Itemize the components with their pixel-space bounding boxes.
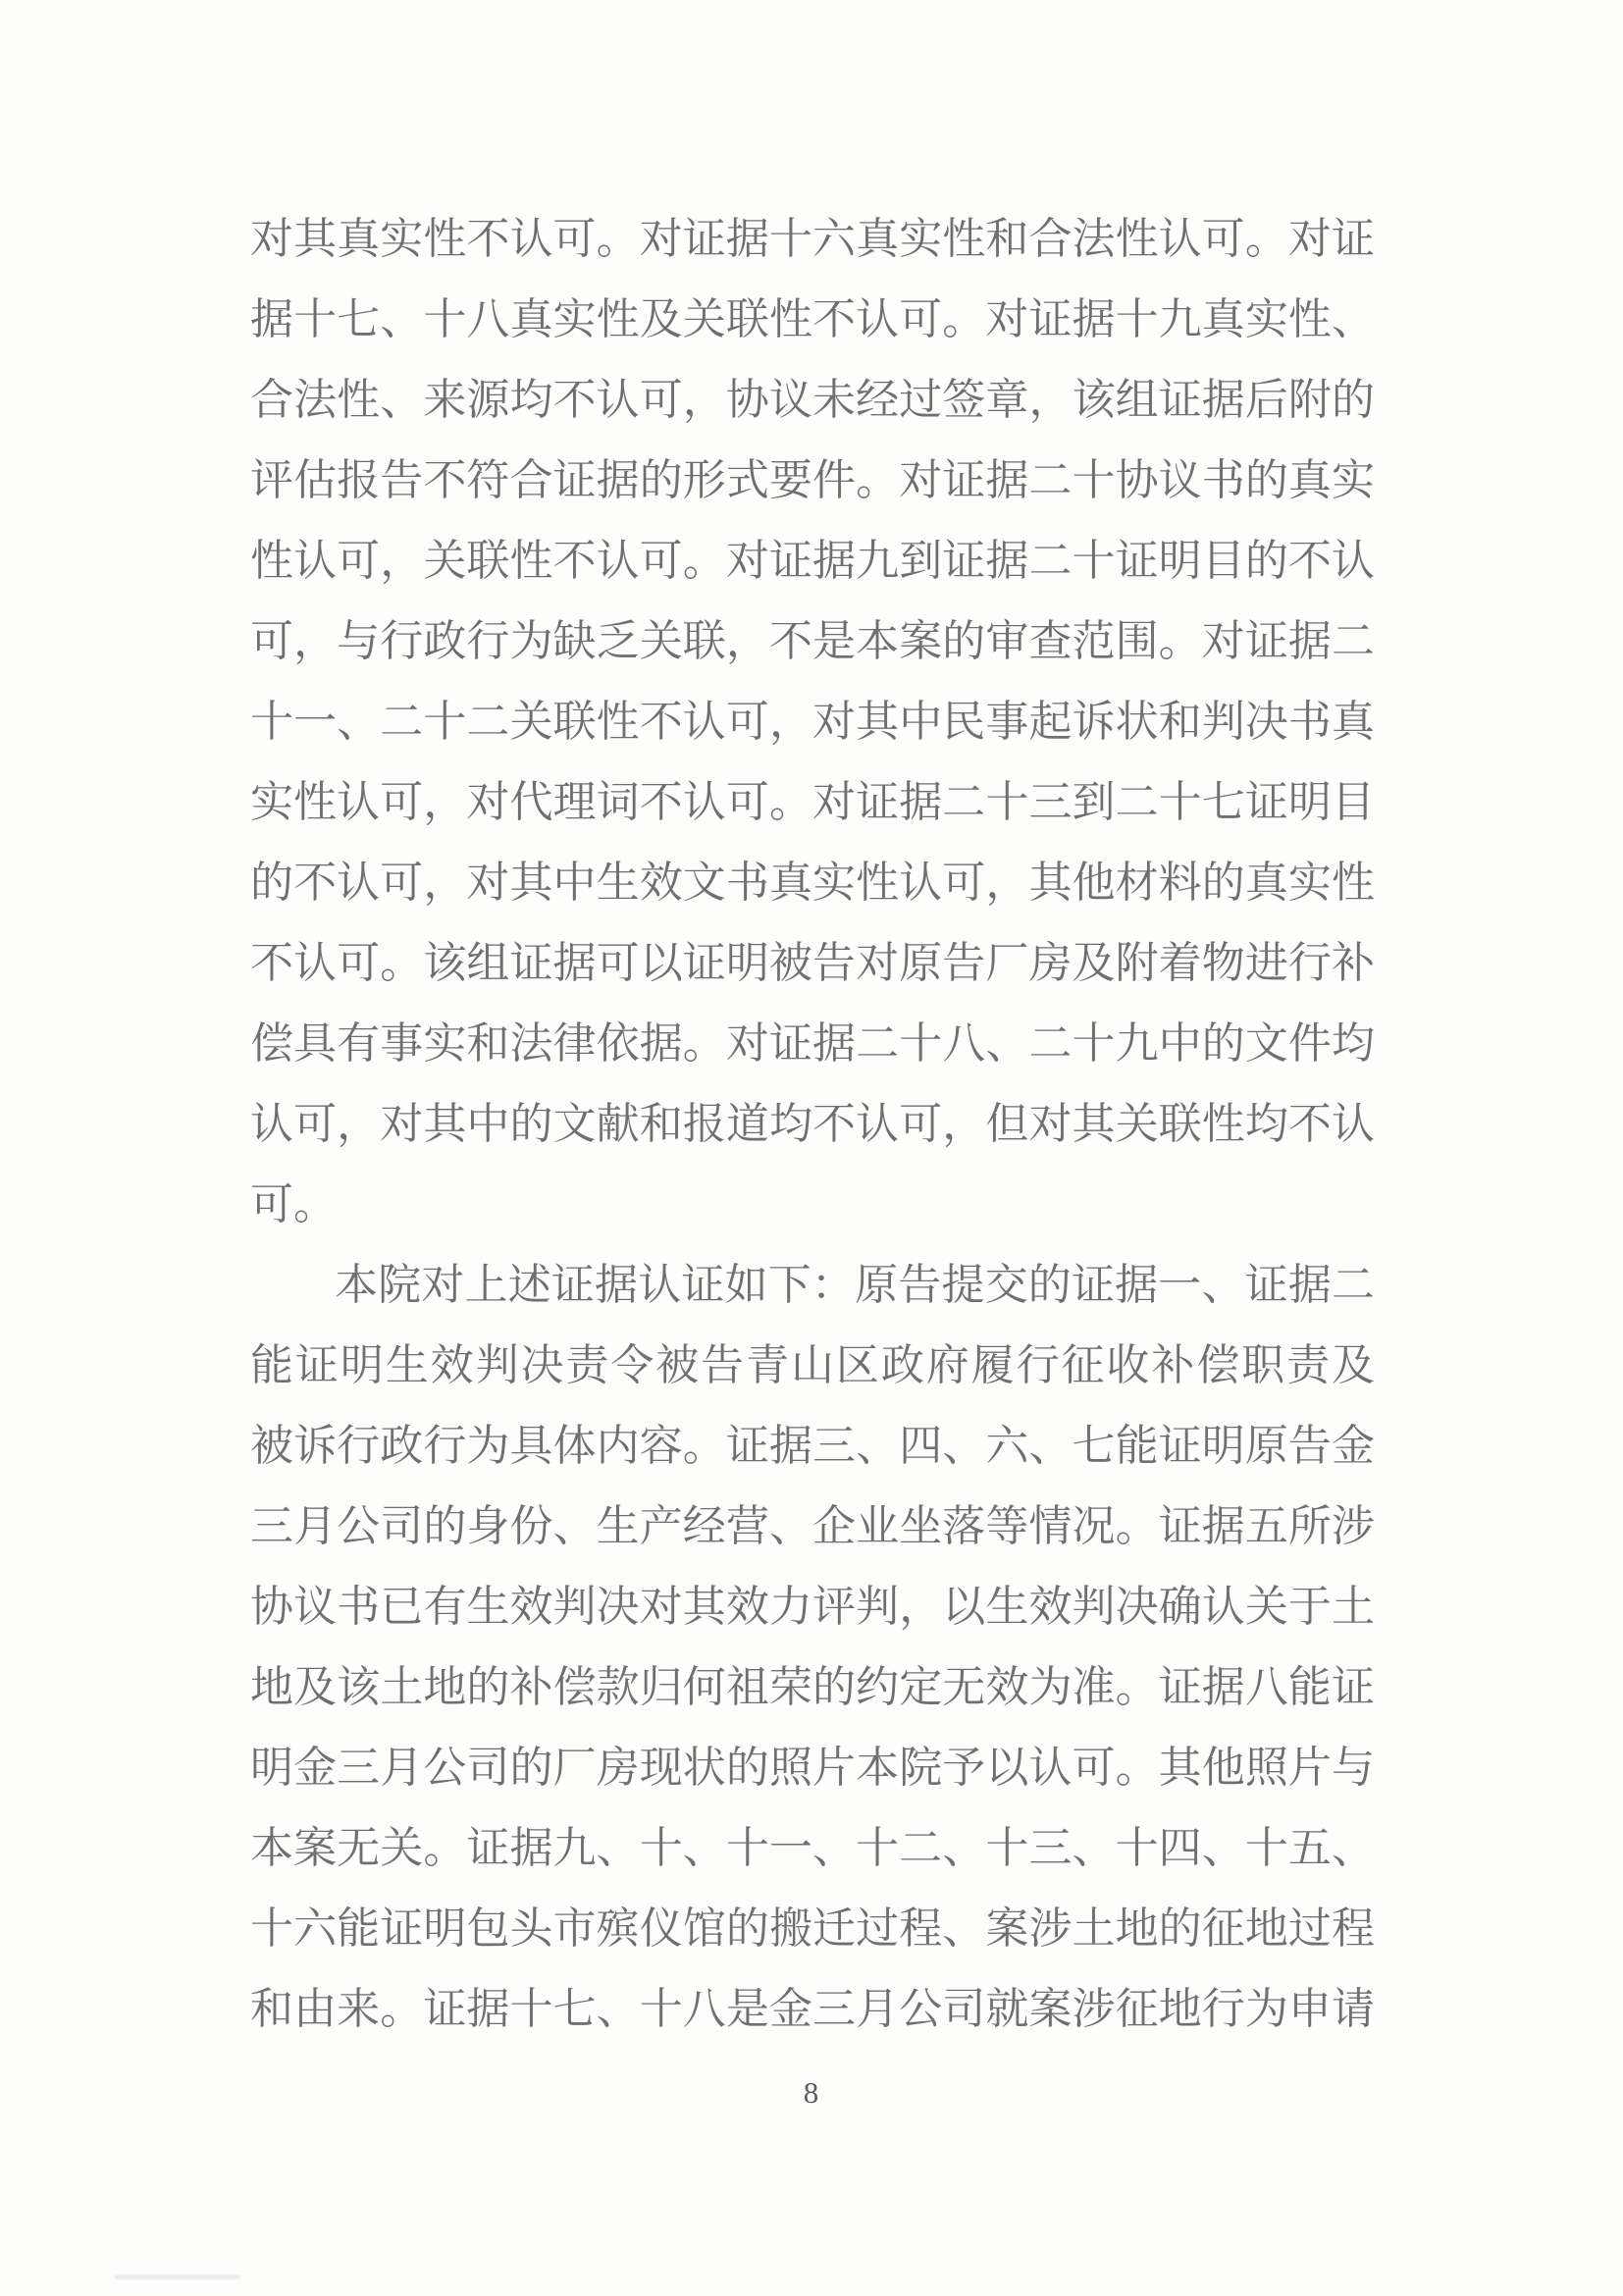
text-line: 据十七、十八真实性及关联性不认可。对证据十九真实性、 bbox=[250, 280, 1375, 360]
text-line: 本案无关。证据九、十、十一、十二、十三、十四、十五、 bbox=[250, 1808, 1375, 1889]
judgment-text-block: 对其真实性不认可。对证据十六真实性和合法性认可。对证 据十七、十八真实性及关联性… bbox=[250, 199, 1375, 2050]
text-line: 能证明生效判决责令被告青山区政府履行征收补偿职责及 bbox=[250, 1326, 1375, 1406]
text-line: 认可，对其中的文献和报道均不认可，但对其关联性均不认 bbox=[250, 1084, 1375, 1165]
text-line-paragraph-start: 本院对上述证据认证如下：原告提交的证据一、证据二 bbox=[250, 1245, 1375, 1326]
text-line: 不认可。该组证据可以证明被告对原告厂房及附着物进行补 bbox=[250, 923, 1375, 1004]
text-line: 评估报告不符合证据的形式要件。对证据二十协议书的真实 bbox=[250, 441, 1375, 521]
scan-artifact bbox=[115, 2275, 240, 2279]
text-line: 被诉行政行为具体内容。证据三、四、六、七能证明原告金 bbox=[250, 1406, 1375, 1487]
text-line: 可，与行政行为缺乏关联，不是本案的审查范围。对证据二 bbox=[250, 601, 1375, 682]
document-page: 对其真实性不认可。对证据十六真实性和合法性认可。对证 据十七、十八真实性及关联性… bbox=[0, 0, 1623, 2296]
text-line: 的不认可，对其中生效文书真实性认可，其他材料的真实性 bbox=[250, 843, 1375, 923]
text-line: 合法性、来源均不认可，协议未经过签章，该组证据后附的 bbox=[250, 360, 1375, 441]
text-line: 三月公司的身份、生产经营、企业坐落等情况。证据五所涉 bbox=[250, 1487, 1375, 1567]
text-line: 和由来。证据十七、十八是金三月公司就案涉征地行为申请 bbox=[250, 1969, 1375, 2050]
text-line: 实性认可，对代理词不认可。对证据二十三到二十七证明目 bbox=[250, 762, 1375, 843]
text-line: 明金三月公司的厂房现状的照片本院予以认可。其他照片与 bbox=[250, 1728, 1375, 1808]
text-line: 十六能证明包头市殡仪馆的搬迁过程、案涉土地的征地过程 bbox=[250, 1889, 1375, 1969]
text-line: 十一、二十二关联性不认可，对其中民事起诉状和判决书真 bbox=[250, 682, 1375, 762]
text-line: 地及该土地的补偿款归何祖荣的约定无效为准。证据八能证 bbox=[250, 1647, 1375, 1728]
text-line: 性认可，关联性不认可。对证据九到证据二十证明目的不认 bbox=[250, 521, 1375, 601]
text-line: 偿具有事实和法律依据。对证据二十八、二十九中的文件均 bbox=[250, 1004, 1375, 1084]
text-line: 协议书已有生效判决对其效力评判，以生效判决确认关于土 bbox=[250, 1567, 1375, 1647]
page-number: 8 bbox=[0, 2075, 1623, 2111]
text-line: 对其真实性不认可。对证据十六真实性和合法性认可。对证 bbox=[250, 199, 1375, 280]
text-line-paragraph-end: 可。 bbox=[250, 1165, 1375, 1245]
